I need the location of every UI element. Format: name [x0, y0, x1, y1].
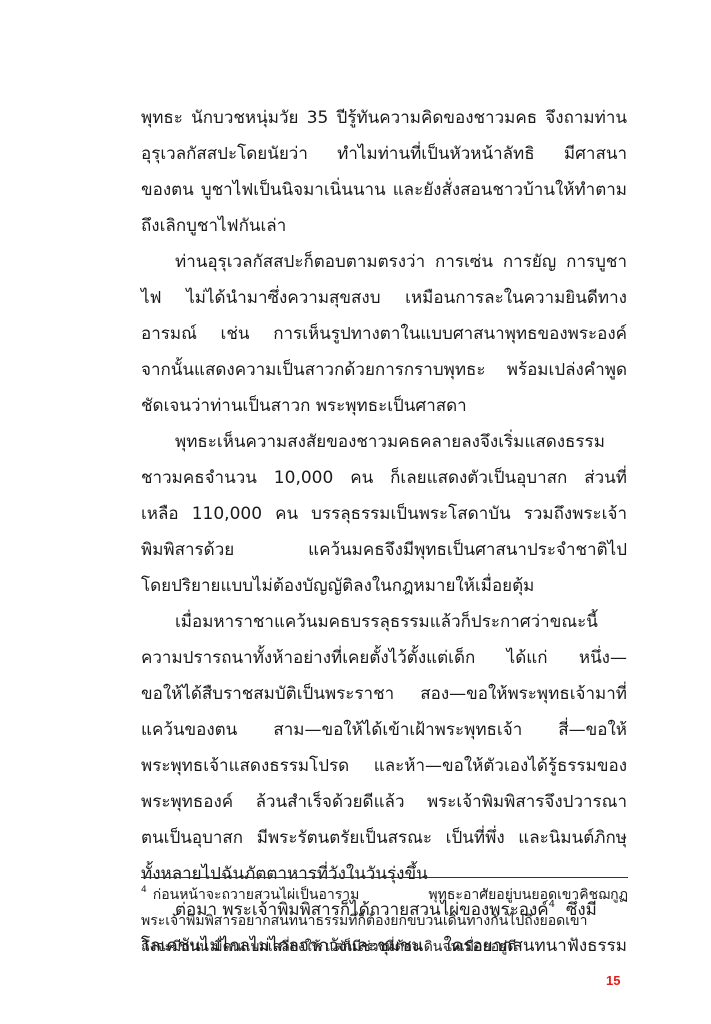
body-text: พุทธะ นักบวชหนุ่มวัย 35 ปีรู้ทันความคิดข… — [141, 100, 627, 964]
body-line: อุรุเวลกัสสปะโดยนัยว่า ทำไมท่านที่เป็นหั… — [141, 136, 627, 172]
body-line: ชัดเจนว่าท่านเป็นสาวก พระพุทธะเป็นศาสดา — [141, 388, 627, 424]
footnote-text: ก่อนหน้าจะถวายสวนไผ่เป็นอาราม พุทธะอาศัย… — [153, 887, 628, 903]
body-line-paragraph-start: เมื่อมหาราชาแคว้นมคธบรรลุธรรมแล้วก็ประกา… — [141, 604, 627, 640]
body-line: ถึงเลิกบูชาไฟกันเล่า — [141, 208, 627, 244]
footnote-line: ถึงจะมีถนน มีคนแบกเสลี่ยงให้ แต่ก็มีช่วง… — [141, 934, 628, 960]
body-line: เหลือ 110,000 คน บรรลุธรรมเป็นพระโสดาบัน… — [141, 496, 627, 532]
body-line: ชาวมคธจำนวน 10,000 คน ก็เลยแสดงตัวเป็นอุ… — [141, 460, 627, 496]
footnote-divider — [141, 877, 628, 878]
book-page: พุทธะ นักบวชหนุ่มวัย 35 ปีรู้ทันความคิดข… — [0, 0, 711, 1024]
footnote-marker: 4 — [141, 885, 147, 895]
body-line: แคว้นของตน สาม—ขอให้ได้เข้าเฝ้าพระพุทธเจ… — [141, 712, 627, 748]
body-line: ไฟ ไม่ได้นำมาซึ่งความสุขสงบ เหมือนการละใ… — [141, 280, 627, 316]
body-line: ความปรารถนาทั้งห้าอย่างที่เคยตั้งไว้ตั้ง… — [141, 640, 627, 676]
footnotes: 4ก่อนหน้าจะถวายสวนไผ่เป็นอาราม พุทธะอาศั… — [141, 882, 628, 960]
body-line: พระพุทธองค์ ล้วนสำเร็จด้วยดีแล้ว พระเจ้า… — [141, 784, 627, 820]
body-line: พุทธะ นักบวชหนุ่มวัย 35 ปีรู้ทันความคิดข… — [141, 100, 627, 136]
body-line: ของตน บูชาไฟเป็นนิจมาเนิ่นนาน และยังสั่ง… — [141, 172, 627, 208]
body-line: อารมณ์ เช่น การเห็นรูปทางตาในแบบศาสนาพุท… — [141, 316, 627, 352]
body-line: พิมพิสารด้วย แคว้นมคธจึงมีพุทธเป็นศาสนาป… — [141, 532, 627, 568]
footnote-line: 4ก่อนหน้าจะถวายสวนไผ่เป็นอาราม พุทธะอาศั… — [141, 882, 628, 908]
body-line: พระพุทธเจ้าแสดงธรรมโปรด และห้า—ขอให้ตัวเ… — [141, 748, 627, 784]
body-line: โดยปริยายแบบไม่ต้องบัญญัติลงในกฎหมายให้เ… — [141, 568, 627, 604]
body-line-paragraph-start: พุทธะเห็นความสงสัยของชาวมคธคลายลงจึงเริ่… — [141, 424, 627, 460]
body-line-paragraph-start: ท่านอุรุเวลกัสสปะก็ตอบตามตรงว่า การเซ่น … — [141, 244, 627, 280]
footnote-line: พระเจ้าพิมพิสารอยากสนทนาธรรมทีก็ต้องยกขบ… — [141, 908, 628, 934]
body-line: ขอให้ได้สืบราชสมบัติเป็นพระราชา สอง—ขอให… — [141, 676, 627, 712]
body-line: จากนั้นแสดงความเป็นสาวกด้วยการกราบพุทธะ … — [141, 352, 627, 388]
body-line: ตนเป็นอุบาสก มีพระรัตนตรัยเป็นสรณะ เป็นท… — [141, 820, 627, 856]
page-number: 15 — [606, 973, 620, 988]
